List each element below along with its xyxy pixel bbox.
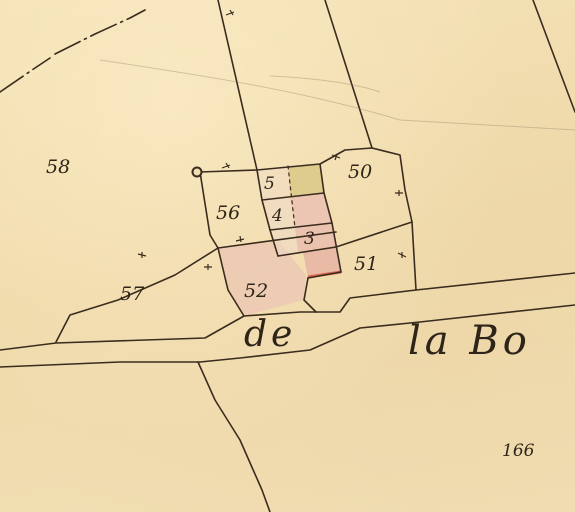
boundary-mark (395, 190, 403, 196)
boundary-mark (138, 252, 146, 258)
parcel-label-5: 5 (264, 176, 275, 193)
parcel-label-52: 52 (244, 282, 268, 301)
boundary-mark (398, 252, 406, 258)
boundary-line-right (533, 0, 575, 112)
boundary-mark (226, 10, 234, 15)
boundary-mark (204, 264, 212, 270)
parcel-5-yellow-fill (288, 164, 324, 196)
parcel-divider-8 (304, 278, 316, 312)
parcel-label-50: 50 (348, 163, 372, 182)
parcel-label-58: 58 (46, 158, 70, 177)
map-lines (0, 0, 575, 512)
boundary-mark (222, 163, 230, 168)
boundary-mark (236, 236, 244, 242)
boundary-line-mid (325, 0, 372, 148)
faint-pencil-line-1 (270, 76, 380, 92)
parcel-label-57: 57 (120, 285, 144, 304)
parcel-label-166: 166 (502, 443, 534, 460)
parcel-label-56: 56 (216, 204, 240, 223)
cadastral-map: 58 50 56 5 4 3 51 52 57 166 de la Bo (0, 0, 575, 512)
parcel-label-4: 4 (272, 208, 283, 225)
faint-pencil-line-2 (100, 60, 575, 130)
road-name-part1: de (244, 317, 296, 353)
road-name-part2: la Bo (408, 321, 531, 361)
parcel-label-51: 51 (354, 255, 378, 274)
boundary-dashed-diagonal (0, 10, 145, 92)
survey-marker (193, 168, 202, 177)
parcel-label-3: 3 (304, 231, 315, 248)
boundary-line-south (198, 362, 270, 512)
